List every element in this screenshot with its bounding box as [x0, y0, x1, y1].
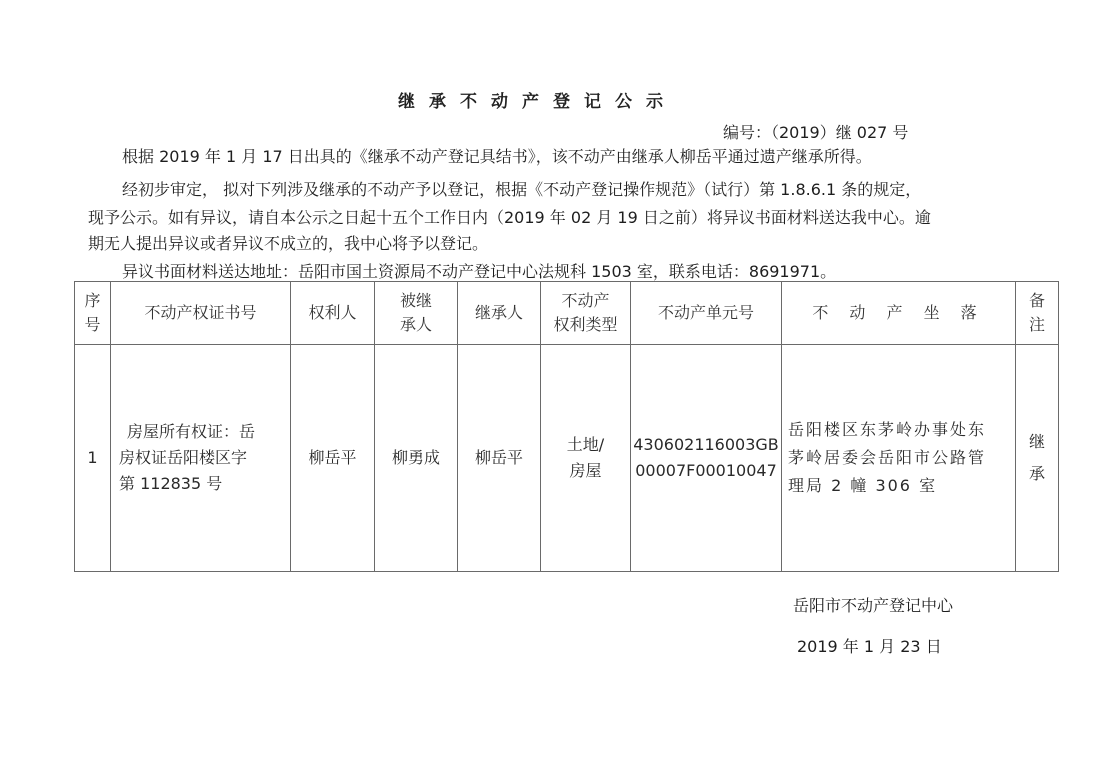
cell-decedent: 柳勇成	[375, 345, 458, 572]
paragraph-review-line2: 现予公示。如有异议，请自本公示之日起十五个工作日内（2019 年 02 月 19…	[88, 206, 931, 230]
paragraph-review-line3: 期无人提出异议或者异议不成立的，我中心将予以登记。	[88, 232, 488, 256]
header-decedent: 被继承人	[375, 282, 458, 345]
document-number: 编号：（2019）继 027 号	[723, 120, 908, 143]
table-header-row: 序号 不动产权证书号 权利人 被继承人 继承人 不动产权利类型 不动产单元号 不…	[75, 282, 1059, 345]
cell-right-holder: 柳岳平	[291, 345, 375, 572]
issuing-organization: 岳阳市不动产登记中心	[793, 593, 953, 616]
issue-date: 2019 年 1 月 23 日	[797, 634, 942, 657]
table-row: 1 房屋所有权证：岳 房权证岳阳楼区字 第 112835 号 柳岳平 柳勇成 柳…	[75, 345, 1059, 572]
header-seq: 序号	[75, 282, 111, 345]
header-right-type: 不动产权利类型	[541, 282, 631, 345]
header-right-holder: 权利人	[291, 282, 375, 345]
header-location: 不 动 产 坐 落	[782, 282, 1016, 345]
header-unit-number: 不动产单元号	[631, 282, 782, 345]
cell-unit-number: 430602116003GB 00007F00010047	[631, 345, 782, 572]
header-remark: 备注	[1016, 282, 1059, 345]
cell-right-type: 土地/ 房屋	[541, 345, 631, 572]
cell-location: 岳阳楼区东茅岭办事处东 茅岭居委会岳阳市公路管 理局 2 幢 306 室	[782, 345, 1016, 572]
paragraph-basis: 根据 2019 年 1 月 17 日出具的《继承不动产登记具结书》，该不动产由继…	[122, 145, 872, 169]
paragraph-review-line1: 经初步审定， 拟对下列涉及继承的不动产予以登记，根据《不动产登记操作规范》（试行…	[122, 178, 921, 202]
header-heir: 继承人	[458, 282, 541, 345]
registration-table: 序号 不动产权证书号 权利人 被继承人 继承人 不动产权利类型 不动产单元号 不…	[74, 281, 1059, 572]
header-certificate: 不动产权证书号	[111, 282, 291, 345]
cell-remark: 继 承	[1016, 345, 1059, 572]
cell-certificate: 房屋所有权证：岳 房权证岳阳楼区字 第 112835 号	[111, 345, 291, 572]
cell-seq: 1	[75, 345, 111, 572]
cell-heir: 柳岳平	[458, 345, 541, 572]
document-title: 继承不动产登记公示	[398, 87, 677, 112]
